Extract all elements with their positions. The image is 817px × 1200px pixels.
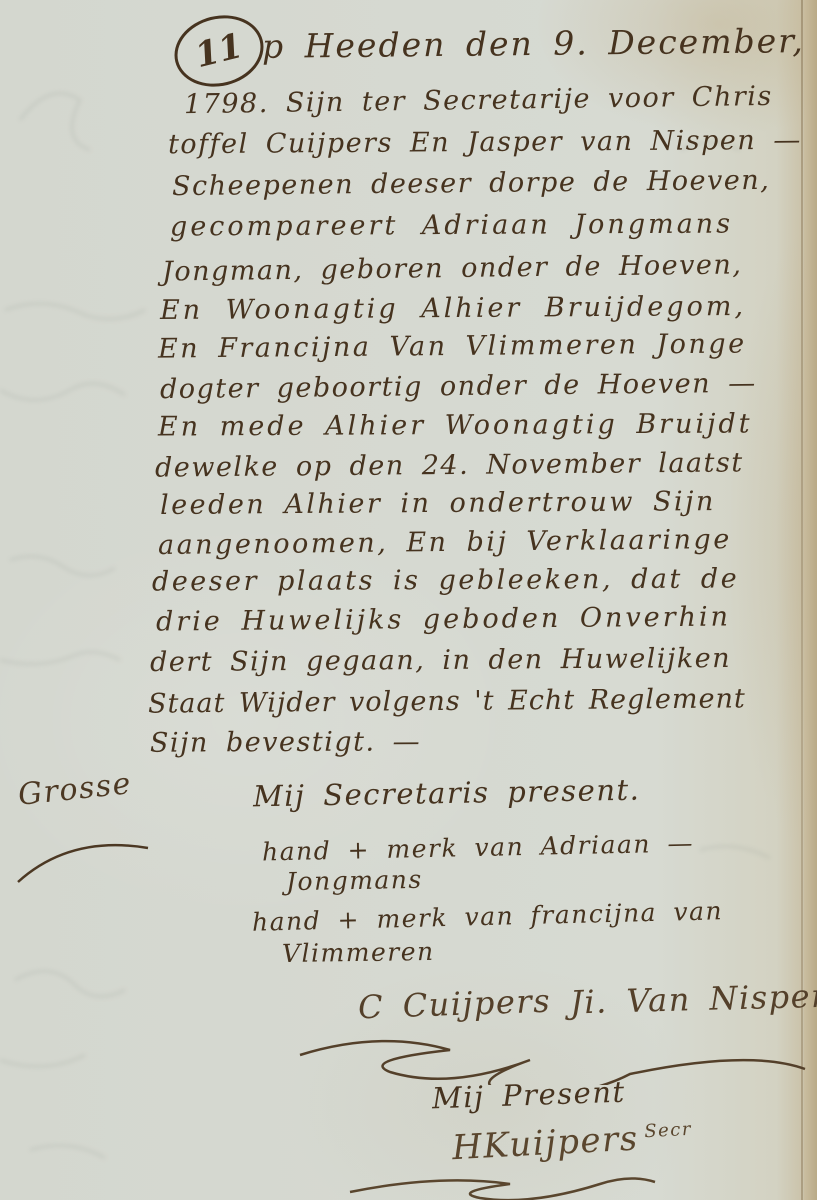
body-line: 1798. Sijn ter Secretarije voor Chris [184, 81, 773, 120]
page-edge-shadow [804, 0, 817, 1200]
body-line: dert Sijn gegaan, in den Huwelijken [150, 643, 731, 678]
secretary-signature-name: HKuijpers [451, 1119, 640, 1169]
body-line: En Woonagtig Alhier Bruijdegom, [160, 291, 746, 326]
body-line: Sijn bevestigt. — [150, 726, 421, 758]
secretary-signature-suffix: Secr [644, 1118, 693, 1141]
body-line: gecompareert Adriaan Jongmans [170, 209, 733, 243]
body-line: toffel Cuijpers En Jasper van Nispen — [168, 125, 802, 160]
margin-note: Grosse [16, 766, 133, 813]
secretary-signature: HKuijpersSecr [451, 1116, 693, 1169]
act-number: 11 [191, 26, 247, 76]
secretary-attest: Mij Secretaris present. [253, 773, 641, 814]
margin-note-flourish [10, 800, 160, 890]
bride-mark-line1: hand + merk van francijna van [252, 896, 724, 937]
body-line: Scheepenen deeser dorpe de Hoeven, [172, 165, 771, 202]
signature-van-nispen: Ji. Van Nispen [570, 977, 817, 1022]
body-line: leeden Alhier in ondertrouw Sijn [160, 486, 716, 521]
body-line: dogter geboortig onder de Hoeven — [160, 368, 757, 405]
signature-cuijpers: C Cuijpers [357, 982, 551, 1027]
page-edge-line [801, 0, 803, 1200]
body-line: drie Huwelijks geboden Onverhin [156, 601, 731, 637]
body-line: deeser plaats is gebleeken, dat de [152, 563, 739, 597]
manuscript-page: 11 p Heeden den 9. December, 1798. Sijn … [0, 0, 817, 1200]
groom-mark-line1: hand + merk van Adriaan — [262, 828, 694, 866]
bride-mark-line2: Vlimmeren [282, 937, 435, 968]
act-number-circle: 11 [167, 6, 271, 96]
body-line: En mede Alhier Woonagtig Bruijdt [158, 408, 753, 442]
body-line: dewelke op den 24. November laatst [155, 447, 744, 483]
body-line: aangenoomen, En bij Verklaaringe [158, 524, 732, 561]
present-attest: Mij Present [431, 1075, 626, 1116]
groom-mark-line2: Jongmans [286, 865, 423, 896]
body-line: Staat Wijder volgens 't Echt Reglement [148, 683, 746, 719]
body-line: En Francijna Van Vlimmeren Jonge [158, 328, 747, 364]
body-line: Jongman, geboren onder de Hoeven, [162, 249, 743, 287]
opening-line: p Heeden den 9. December, [262, 21, 805, 66]
